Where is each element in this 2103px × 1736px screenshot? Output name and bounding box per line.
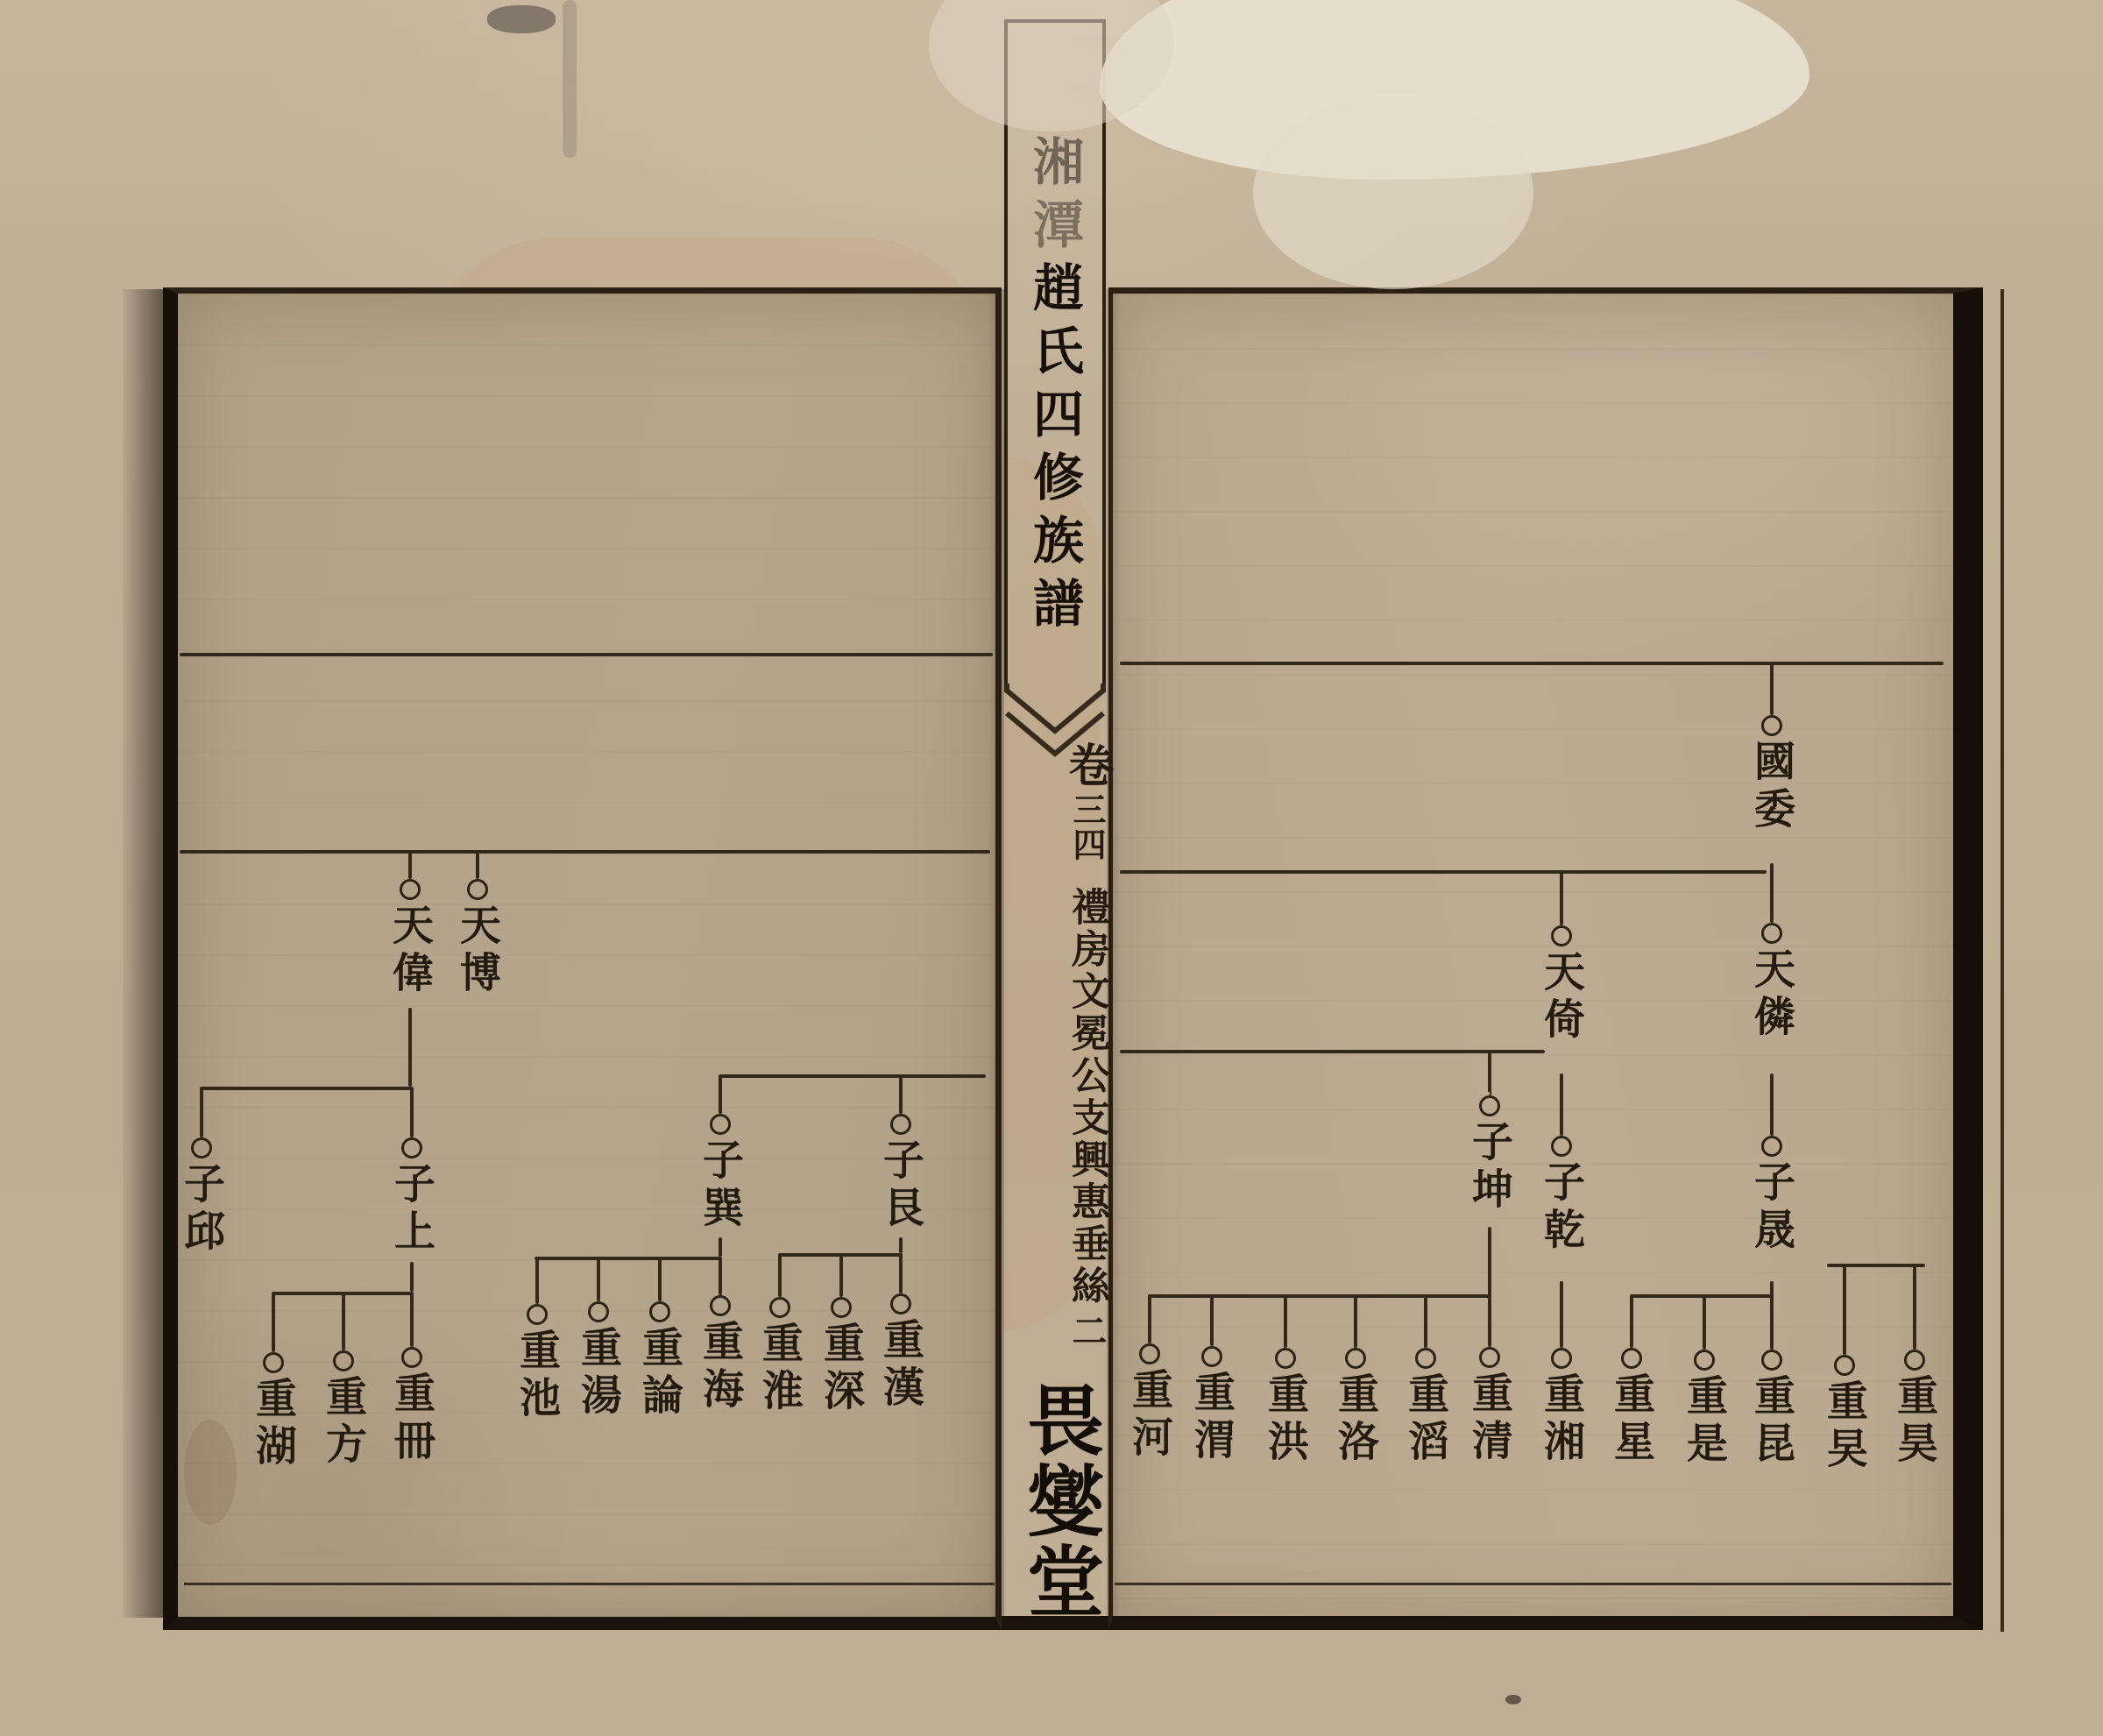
person-name: 重洛: [1335, 1372, 1376, 1467]
person-node-circle: [769, 1297, 790, 1318]
person-name: 重漢: [880, 1318, 921, 1413]
descent-line: [1770, 863, 1774, 923]
descent-line: [535, 1257, 539, 1304]
person-name: 重池: [516, 1329, 557, 1423]
descent-line: [1284, 1294, 1287, 1348]
person-node-circle: [890, 1114, 911, 1135]
descent-line: [1488, 1050, 1491, 1095]
person-name: 國委: [1751, 740, 1792, 834]
person-name: 天偉: [389, 903, 430, 998]
person-node-circle: [191, 1137, 212, 1159]
person-name: 重湘: [1540, 1372, 1582, 1467]
person-name: 重是: [1683, 1374, 1724, 1469]
genealogy-book-scan: 湘潭趙氏四修族譜 卷三四 禮房文冕公支興惠垂絲 二 畏燮堂 天博天偉子邱子上重湖…: [0, 0, 2103, 1736]
person-node-circle: [1904, 1350, 1925, 1371]
person-node-circle: [527, 1304, 548, 1325]
generation-line: [1120, 870, 1767, 874]
person-name: 子艮: [880, 1138, 921, 1233]
person-node-circle: [1761, 923, 1782, 944]
person-name: 重論: [639, 1326, 680, 1421]
descent-line: [839, 1253, 843, 1297]
descent-line: [1913, 1264, 1916, 1350]
person-name: 重洪: [1264, 1372, 1306, 1467]
person-node-circle: [1834, 1355, 1855, 1376]
descent-line: [778, 1253, 782, 1297]
person-name: 子上: [391, 1162, 432, 1257]
person-node-circle: [1275, 1348, 1296, 1369]
descent-line: [597, 1257, 600, 1301]
person-node-circle: [263, 1352, 284, 1373]
person-node-circle: [1201, 1346, 1222, 1367]
descent-line: [410, 1262, 414, 1292]
person-name: 天倚: [1540, 950, 1582, 1045]
person-node-circle: [467, 879, 488, 900]
person-node-circle: [1415, 1348, 1436, 1369]
descent-line: [1703, 1294, 1706, 1350]
descent-line: [272, 1292, 275, 1352]
person-node-circle: [710, 1295, 731, 1316]
descent-line: [1354, 1294, 1357, 1348]
person-node-circle: [1551, 1136, 1572, 1157]
person-name: 子晟: [1751, 1160, 1792, 1255]
person-node-circle: [1761, 1136, 1782, 1157]
person-name: 重河: [1129, 1368, 1170, 1463]
person-node-circle: [831, 1297, 852, 1318]
person-name: 重湖: [252, 1377, 294, 1471]
descent-line: [1630, 1294, 1633, 1348]
person-node-circle: [1694, 1350, 1715, 1371]
person-name: 重淮: [759, 1321, 800, 1416]
person-name: 天僯: [1751, 947, 1792, 1042]
person-name: 重昊: [1894, 1374, 1935, 1469]
person-node-circle: [401, 1137, 422, 1159]
generation-line: [180, 653, 993, 656]
descent-line: [899, 1074, 903, 1114]
person-node-circle: [1551, 1348, 1572, 1369]
generation-line: [1827, 1264, 1925, 1267]
descent-line: [1560, 1281, 1563, 1348]
person-name: 重海: [699, 1320, 740, 1414]
generation-line: [1150, 1294, 1490, 1298]
person-node-circle: [1345, 1348, 1366, 1369]
generation-line: [180, 850, 990, 854]
descent-line: [1843, 1264, 1846, 1355]
descent-line: [1560, 870, 1563, 925]
person-node-circle: [1621, 1348, 1642, 1369]
person-node-circle: [1479, 1347, 1500, 1368]
person-node-circle: [400, 879, 421, 900]
person-node-circle: [1761, 715, 1782, 736]
generation-line: [720, 1074, 986, 1078]
generation-line: [1120, 1050, 1545, 1053]
person-name: 重清: [1469, 1371, 1510, 1466]
descent-line: [1210, 1294, 1214, 1346]
descent-line: [719, 1237, 722, 1257]
person-name: 子坤: [1469, 1120, 1510, 1215]
person-name: 重旲: [1823, 1379, 1865, 1474]
person-name: 重星: [1611, 1372, 1652, 1467]
person-name: 子巽: [699, 1138, 740, 1233]
descent-line: [408, 1008, 412, 1087]
person-name: 重湯: [577, 1326, 619, 1421]
descent-line: [200, 1087, 203, 1137]
person-node-circle: [1761, 1350, 1782, 1371]
descent-line: [410, 1292, 414, 1347]
descent-line: [899, 1237, 903, 1253]
person-name: 重方: [322, 1375, 364, 1470]
person-node-circle: [1551, 925, 1572, 946]
descent-line: [719, 1074, 722, 1114]
generation-line: [200, 1087, 412, 1090]
generation-line: [1120, 662, 1944, 665]
descent-line: [899, 1253, 903, 1293]
person-node-circle: [333, 1350, 354, 1371]
descent-line: [1770, 1073, 1774, 1136]
descent-line: [476, 850, 479, 879]
descent-line: [410, 1087, 414, 1137]
person-node-circle: [1139, 1343, 1160, 1364]
descent-line: [658, 1257, 662, 1301]
descent-line: [1424, 1294, 1427, 1348]
descent-line: [1770, 1281, 1774, 1350]
generation-line: [535, 1257, 721, 1260]
descent-line: [1488, 1227, 1491, 1347]
descent-line: [1560, 1073, 1563, 1136]
person-name: 重昆: [1751, 1374, 1792, 1469]
person-name: 重渭: [1191, 1371, 1232, 1465]
descent-line: [342, 1292, 345, 1350]
person-name: 子邱: [181, 1162, 222, 1257]
descent-line: [1770, 662, 1774, 715]
person-node-circle: [401, 1347, 422, 1368]
person-node-circle: [890, 1293, 911, 1314]
person-node-circle: [1479, 1095, 1500, 1116]
descent-line: [408, 850, 412, 879]
person-node-circle: [649, 1301, 670, 1322]
person-name: 重深: [820, 1321, 861, 1416]
descent-line: [719, 1257, 722, 1295]
person-name: 天博: [457, 903, 498, 998]
person-name: 重滔: [1405, 1372, 1446, 1467]
family-tree-layer: 天博天偉子邱子上重湖重方重冊子巽子艮重池重湯重論重海重淮重深重漢國委天僯子晟重昆…: [0, 0, 2103, 1736]
person-name: 重冊: [391, 1371, 432, 1466]
person-name: 子乾: [1540, 1160, 1582, 1255]
person-node-circle: [710, 1114, 731, 1135]
person-node-circle: [588, 1301, 609, 1322]
descent-line: [1148, 1294, 1151, 1343]
